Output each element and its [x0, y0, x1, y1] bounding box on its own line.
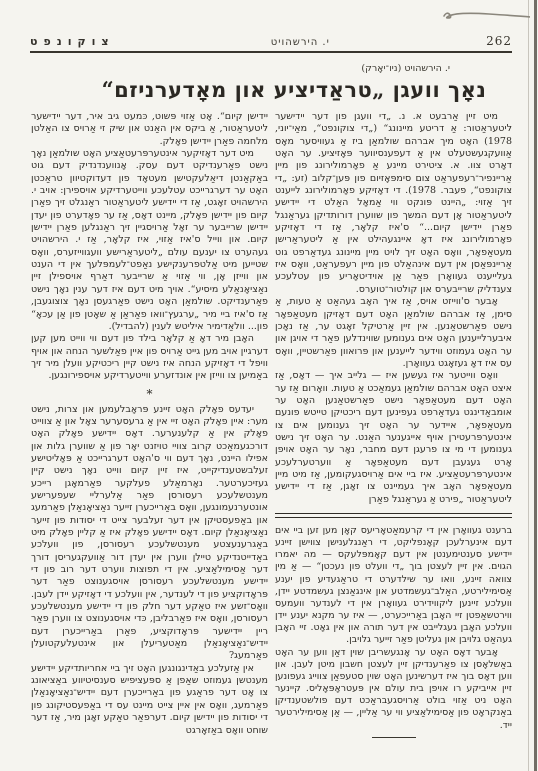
footnote-paragraph: ברענט געוואָרן אין די קרעמאַטאָריעס קאָן…	[275, 525, 512, 647]
paragraph: האָבן מיר דאָ אַ קלאָר בילד פון דעם ווי …	[31, 333, 268, 382]
paragraph: יעדעס פאָלק האָט זיינע פּראָבלעמען און צ…	[31, 404, 268, 663]
footnote-block: ברענט געוואָרן אין די קרעמאַטאָריעס קאָן…	[275, 525, 512, 732]
footnote-paragraph: אָבער דאָס האָט ער אָנגעשריבן שוין דאַן …	[275, 647, 512, 732]
masthead-magazine-name: צוקונפט	[30, 35, 115, 48]
scanned-journal-page: צוקונפט י. הירשהויט 262 י. הירשהויט (ניו…	[0, 0, 538, 771]
footnote-separator-rule	[275, 513, 512, 518]
page-number: 262	[486, 34, 512, 48]
running-head-author: י. הירשהויט	[271, 37, 330, 48]
pen-scribble-mark	[440, 4, 530, 26]
article-body: מיט זיין אַרבעט א. נ. „די וועגן פון דער …	[0, 102, 538, 738]
column-right: מיט זיין אַרבעט א. נ. „די וועגן פון דער …	[275, 111, 512, 738]
header-rule	[30, 51, 512, 53]
article-byline: י. הירשהויט (ניו־יאָרק)	[26, 63, 450, 74]
scan-edge-shadow	[534, 0, 537, 771]
column-left: יידישן קיום“. אָט אַזוי פּשוט, כּמעט גיב…	[31, 111, 268, 738]
article-end-rule	[372, 737, 416, 738]
paragraph: וואָס ווייטער איז געשען איז — גלייב איך …	[275, 370, 512, 506]
paragraph: מיט זיין אַרבעט א. נ. „די וועגן פון דער …	[275, 111, 512, 296]
article-title: נאָך וועגן „טראַדיציע און מאָדערניזם“	[70, 77, 518, 102]
paragraph: אָבער ס'ווייזט אויס, אַז איך האָב געהאַט…	[275, 296, 512, 370]
paragraph: מיט דער דאָזיקער אינטערפּרעטאַציע האָט ש…	[31, 148, 268, 333]
paragraph: אין אַזעלכע באַדינגונגען האָט זיך ביי אח…	[31, 663, 268, 737]
asterisk-section-break: *	[31, 387, 268, 401]
scan-edge-line	[528, 0, 529, 771]
paragraph: יידישן קיום“. אָט אַזוי פּשוט, כּמעט גיב…	[31, 111, 268, 148]
